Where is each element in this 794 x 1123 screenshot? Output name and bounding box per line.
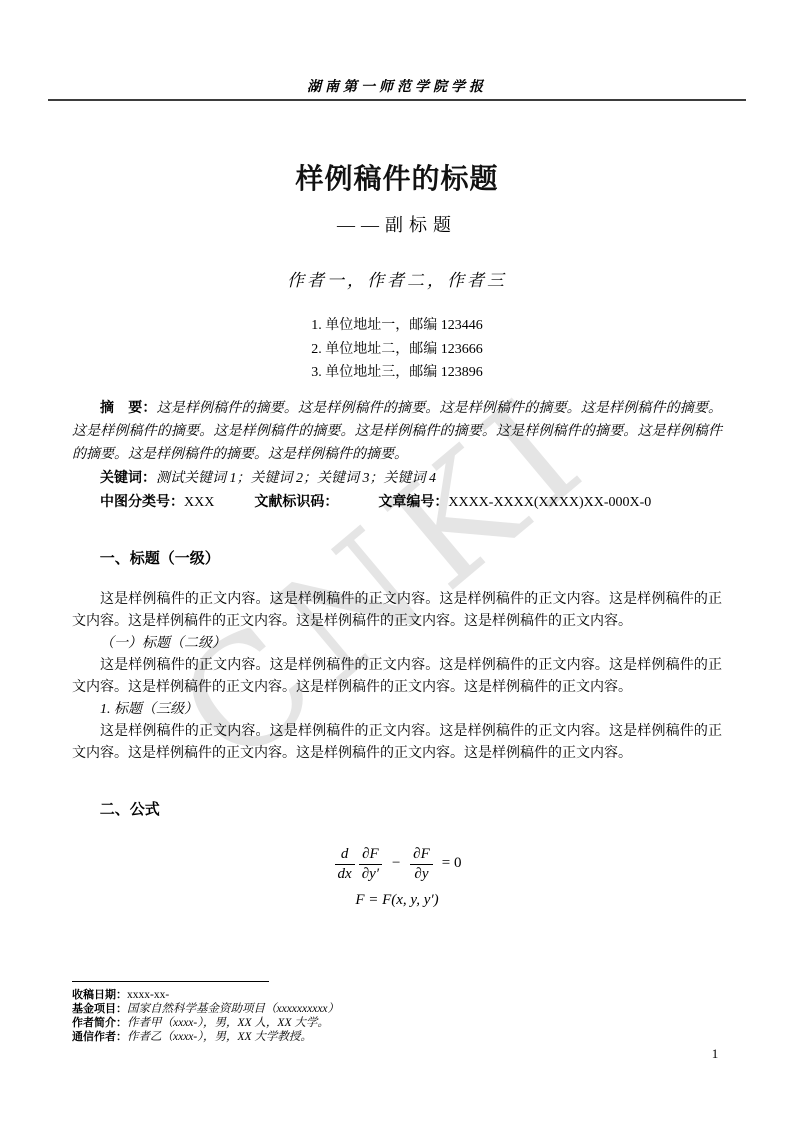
abstract-text: 这是样例稿件的摘要。这是样例稿件的摘要。这是样例稿件的摘要。这是样例稿件的摘要。… <box>72 401 722 462</box>
document-page: CNKI 湖南第一师范学院学报 样例稿件的标题 ——副标题 作者一，作者二，作者… <box>0 0 794 1123</box>
article-subtitle: ——副标题 <box>72 211 722 237</box>
footnote-value: 作者乙（xxxx-），男，XX 大学教授。 <box>127 1031 312 1043</box>
fraction-numerator: ∂F <box>359 846 382 865</box>
section-2-heading: 二、公式 <box>72 798 722 819</box>
fraction-dF-dy: ∂F∂y <box>410 846 433 883</box>
body-paragraph-3: 这是样例稿件的正文内容。这是样例稿件的正文内容。这是样例稿件的正文内容。这是样例… <box>72 721 722 765</box>
footnote-item: 作者简介：作者甲（xxxx-），男，XX 人，XX 大学。 <box>72 1016 722 1030</box>
article-content: 样例稿件的标题 ——副标题 作者一，作者二，作者三 1. 单位地址一，邮编 12… <box>72 100 722 909</box>
affiliation-list: 1. 单位地址一，邮编 123446 2. 单位地址二，邮编 123666 3.… <box>72 314 722 385</box>
footnote-value: 作者甲（xxxx-），男，XX 人，XX 大学。 <box>127 1017 329 1029</box>
footnote-block: 收稿日期：xxxx-xx- 基金项目：国家自然科学基金资助项目（xxxxxxxx… <box>72 981 722 1044</box>
f-definition-formula: F = F(x, y, y′) <box>72 892 722 909</box>
section-1-heading: 一、标题（一级） <box>72 547 722 568</box>
affiliation-item: 1. 单位地址一，邮编 123446 <box>72 314 722 338</box>
authors-line: 作者一，作者二，作者三 <box>72 266 722 291</box>
section-1: 一、标题（一级） 这是样例稿件的正文内容。这是样例稿件的正文内容。这是样例稿件的… <box>72 547 722 765</box>
formula-block: ddx∂F∂y′−∂F∂y= 0 F = F(x, y, y′) <box>72 846 722 909</box>
article-id-label: 文章编号： <box>378 493 448 509</box>
footnote-label: 通信作者： <box>72 1031 127 1043</box>
fraction-denominator: ∂y <box>410 865 433 883</box>
keywords-label: 关键词： <box>100 469 156 485</box>
footnote-item: 通信作者：作者乙（xxxx-），男，XX 大学教授。 <box>72 1030 722 1044</box>
clc-value: XXX <box>184 495 214 510</box>
keywords-line: 关键词：测试关键词 1；关键词 2；关键词 3；关键词 4 <box>72 466 722 490</box>
body-paragraph-1: 这是样例稿件的正文内容。这是样例稿件的正文内容。这是样例稿件的正文内容。这是样例… <box>72 589 722 633</box>
meta-line: 中图分类号：XXX文献标识码：文章编号：XXXX-XXXX(XXXX)XX-00… <box>72 490 722 514</box>
fraction-numerator: ∂F <box>410 846 433 865</box>
footnote-divider <box>72 981 269 982</box>
footnote-label: 作者简介： <box>72 1017 127 1029</box>
fraction-denominator: ∂y′ <box>359 865 382 883</box>
footnote-item: 基金项目：国家自然科学基金资助项目（xxxxxxxxxx） <box>72 1002 722 1016</box>
subsubsection-heading: 1. 标题（三级） <box>72 699 722 721</box>
footnote-value: 国家自然科学基金资助项目（xxxxxxxxxx） <box>127 1003 339 1015</box>
euler-lagrange-formula: ddx∂F∂y′−∂F∂y= 0 <box>72 846 722 883</box>
affiliation-item: 3. 单位地址三，邮编 123896 <box>72 361 722 385</box>
footnote-value: xxxx-xx- <box>127 989 169 1001</box>
page-number: 1 <box>700 1046 730 1062</box>
fraction-denominator: dx <box>335 865 355 883</box>
keywords-text: 测试关键词 1；关键词 2；关键词 3；关键词 4 <box>156 471 436 486</box>
body-paragraph-2: 这是样例稿件的正文内容。这是样例稿件的正文内容。这是样例稿件的正文内容。这是样例… <box>72 655 722 699</box>
fraction-dF-dyprime: ∂F∂y′ <box>359 846 382 883</box>
running-head-journal-name: 湖南第一师范学院学报 <box>0 76 794 96</box>
affiliation-item: 2. 单位地址二，邮编 123666 <box>72 338 722 362</box>
minus-operator: − <box>391 855 401 871</box>
clc-label: 中图分类号： <box>100 493 184 509</box>
subsection-heading: （一）标题（二级） <box>72 633 722 655</box>
front-matter: 摘 要：这是样例稿件的摘要。这是样例稿件的摘要。这是样例稿件的摘要。这是样例稿件… <box>72 396 722 514</box>
equals-zero: = 0 <box>442 855 462 871</box>
footnote-item: 收稿日期：xxxx-xx- <box>72 988 722 1002</box>
article-title: 样例稿件的标题 <box>72 157 722 197</box>
fraction-d-dx: ddx <box>335 846 355 883</box>
doc-code-label: 文献标识码： <box>254 493 338 509</box>
fraction-numerator: d <box>335 846 355 865</box>
footnote-label: 基金项目： <box>72 1003 127 1015</box>
article-id-value: XXXX-XXXX(XXXX)XX-000X-0 <box>448 495 651 510</box>
section-2: 二、公式 ddx∂F∂y′−∂F∂y= 0 F = F(x, y, y′) <box>72 798 722 909</box>
body-text: 一、标题（一级） 这是样例稿件的正文内容。这是样例稿件的正文内容。这是样例稿件的… <box>72 547 722 909</box>
footnote-label: 收稿日期： <box>72 989 127 1001</box>
abstract-paragraph: 摘 要：这是样例稿件的摘要。这是样例稿件的摘要。这是样例稿件的摘要。这是样例稿件… <box>72 396 722 466</box>
abstract-label: 摘 要： <box>100 399 157 415</box>
